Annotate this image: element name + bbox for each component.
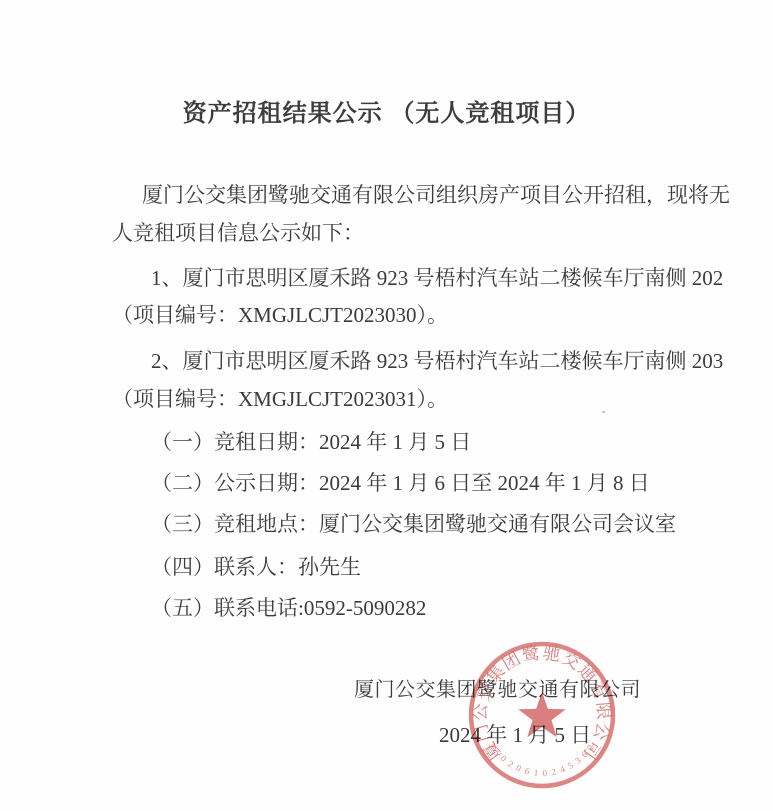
detail-contact-person: （四）联系人：孙先生 [151,555,361,580]
detail-publicity-period: （二）公示日期：2024 年 1 月 6 日至 2024 年 1 月 8 日 [151,471,650,496]
seal-star-icon [518,692,566,737]
project-item-1-line-2: （项目编号：XMGJLCJT2023030）。 [112,303,448,328]
company-seal: 厦门公交集团鹭驰交通有限公司 35020610245362 [464,637,620,793]
scan-artifact-speck [602,411,605,413]
detail-bid-location: （三）竞租地点：厦门公交集团鹭驰交通有限公司会议室 [151,512,676,537]
project-item-1-line-1: 1、厦门市思明区厦禾路 923 号梧村汽车站二楼候车厅南侧 202 [151,266,723,291]
page-title: 资产招租结果公示 （无人竞租项目） [0,93,773,128]
detail-contact-phone: （五）联系电话:0592-5090282 [151,596,426,621]
scanned-document-page: 资产招租结果公示 （无人竞租项目） 厦门公交集团鹭驰交通有限公司组织房产项目公开… [0,0,773,811]
intro-paragraph-line-2: 人竞租项目信息公示如下： [112,221,364,246]
project-item-2-line-2: （项目编号：XMGJLCJT2023031）。 [112,387,448,412]
detail-bid-date: （一）竞租日期：2024 年 1 月 5 日 [151,430,471,455]
project-item-2-line-1: 2、厦门市思明区厦禾路 923 号梧村汽车站二楼候车厅南侧 203 [151,349,723,374]
intro-paragraph-line-1: 厦门公交集团鹭驰交通有限公司组织房产项目公开招租，现将无 [142,183,730,208]
